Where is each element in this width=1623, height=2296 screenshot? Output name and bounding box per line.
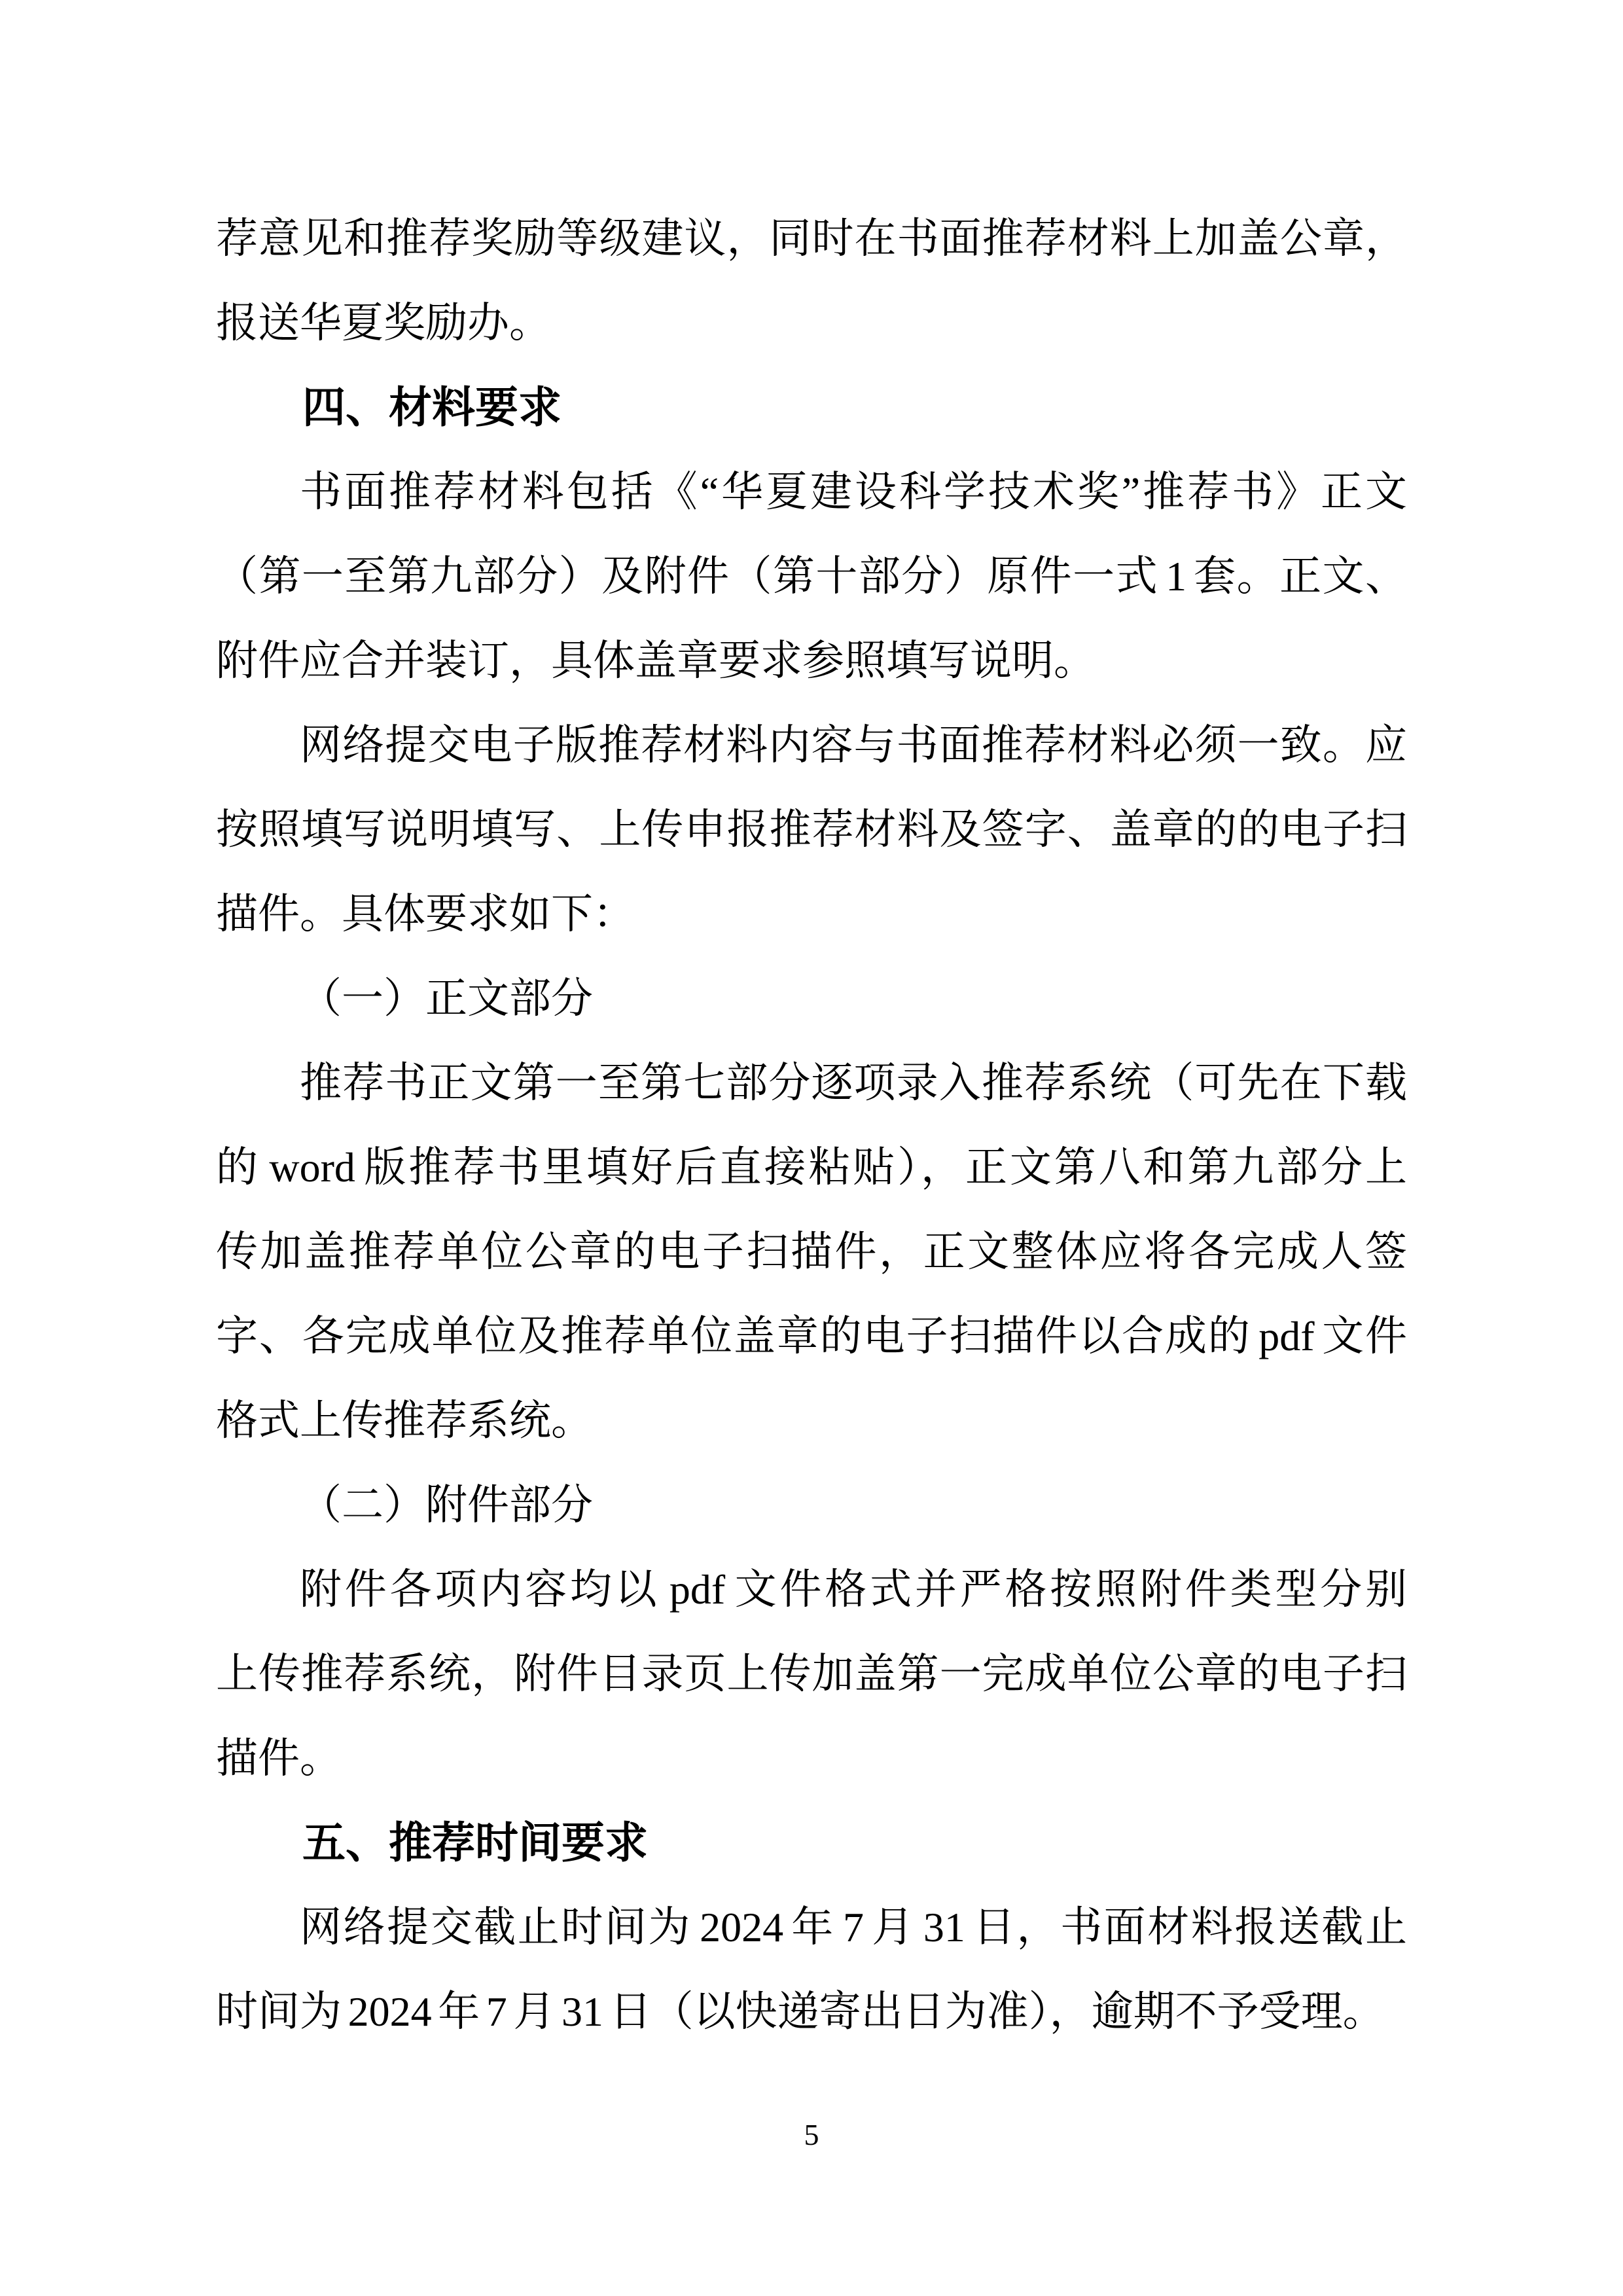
text-line: 附件应合并装订，具体盖章要求参照填写说明。 [216,619,1407,703]
text-line: 字、各完成单位及推荐单位盖章的电子扫描件以合成的 pdf 文件 [216,1294,1407,1378]
section-heading: 四、材料要求 [216,365,1407,450]
text-line: 网络提交电子版推荐材料内容与书面推荐材料必须一致。应 [216,703,1407,787]
text-line: 网络提交截止时间为 2024 年 7 月 31 日，书面材料报送截止 [216,1885,1407,1969]
text-line: 描件。 [216,1716,1407,1801]
text-line: 推荐书正文第一至第七部分逐项录入推荐系统（可先在下载 [216,1041,1407,1125]
text-line: 传加盖推荐单位公章的电子扫描件，正文整体应将各完成人签 [216,1210,1407,1294]
document-body: 荐意见和推荐奖励等级建议，同时在书面推荐材料上加盖公章，报送华夏奖励办。四、材料… [216,196,1407,2054]
page-number: 5 [0,2115,1623,2155]
document-page: 荐意见和推荐奖励等级建议，同时在书面推荐材料上加盖公章，报送华夏奖励办。四、材料… [0,0,1623,2296]
text-line: （第一至第九部分）及附件（第十部分）原件一式 1 套。正文、 [216,534,1407,619]
text-line: 描件。具体要求如下： [216,872,1407,956]
section-heading: 五、推荐时间要求 [216,1801,1407,1885]
sub-heading: （二）附件部分 [216,1463,1407,1547]
text-line: 时间为 2024 年 7 月 31 日（以快递寄出日为准），逾期不予受理。 [216,1969,1407,2054]
text-line: 附件各项内容均以 pdf 文件格式并严格按照附件类型分别 [216,1547,1407,1632]
text-line: 荐意见和推荐奖励等级建议，同时在书面推荐材料上加盖公章， [216,196,1407,281]
sub-heading: （一）正文部分 [216,956,1407,1041]
text-line: 格式上传推荐系统。 [216,1378,1407,1463]
text-line: 报送华夏奖励办。 [216,281,1407,365]
text-line: 的 word 版推荐书里填好后直接粘贴），正文第八和第九部分上 [216,1125,1407,1210]
text-line: 上传推荐系统，附件目录页上传加盖第一完成单位公章的电子扫 [216,1632,1407,1716]
text-line: 按照填写说明填写、上传申报推荐材料及签字、盖章的的电子扫 [216,787,1407,872]
text-line: 书面推荐材料包括《“华夏建设科学技术奖”推荐书》正文 [216,450,1407,534]
